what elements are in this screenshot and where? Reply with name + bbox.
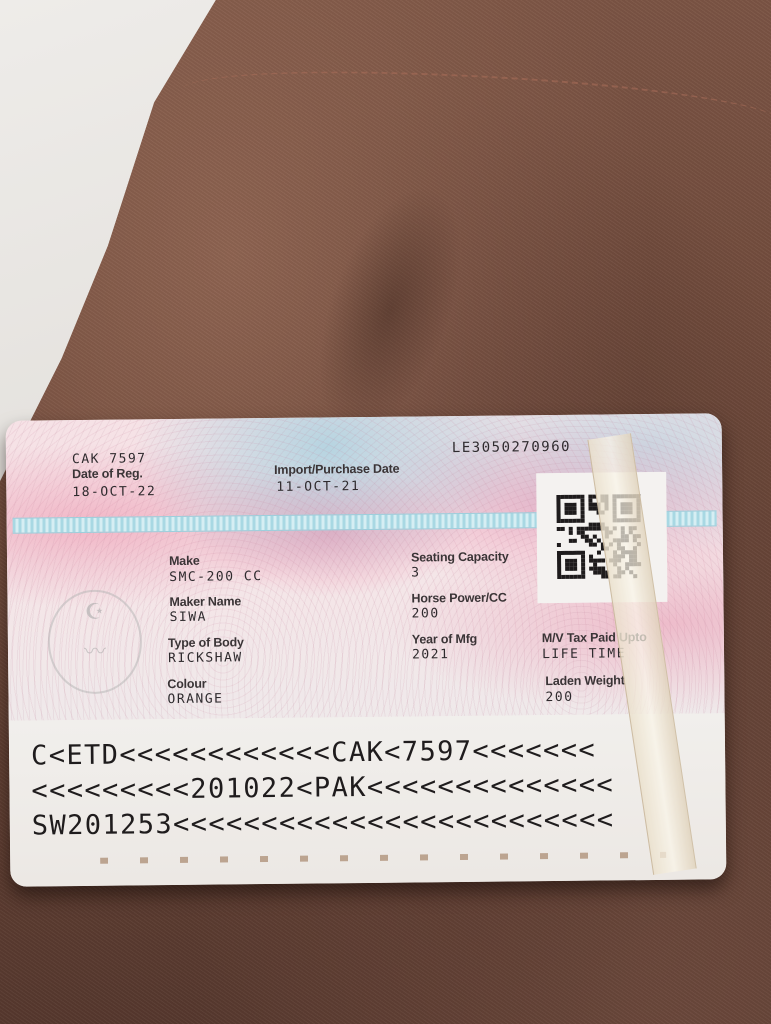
fabric-seam: [179, 54, 771, 158]
make-value: SMC-200 CC: [169, 569, 262, 585]
machine-readable-zone: C<ETD<<<<<<<<<<<<CAK<7597<<<<<<<<<<<<<<<…: [31, 732, 615, 843]
make-label: Make: [169, 554, 200, 568]
registration-number: CAK 7597: [72, 451, 147, 467]
import-date-value: 11-OCT-21: [276, 479, 360, 495]
punjab-seal-icon: ☪〰: [47, 589, 142, 694]
horse-power-label: Horse Power/CC: [411, 591, 506, 606]
laden-weight-label: Laden Weight: [545, 673, 624, 688]
vehicle-registration-card: ☪〰 CAK 7597 Date of Reg. 18-OCT-22 Impor…: [6, 413, 727, 886]
maker-name-value: SIWA: [170, 610, 207, 625]
year-of-mfg-label: Year of Mfg: [412, 632, 477, 647]
mrz-line-3: SW201253<<<<<<<<<<<<<<<<<<<<<<<<<: [32, 802, 615, 843]
fabric-fold: [289, 167, 491, 452]
colour-label: Colour: [167, 677, 206, 691]
type-of-body-label: Type of Body: [168, 635, 244, 650]
type-of-body-value: RICKSHAW: [168, 650, 243, 666]
seating-capacity-label: Seating Capacity: [411, 550, 509, 565]
import-date-label: Import/Purchase Date: [274, 462, 399, 477]
maker-name-label: Maker Name: [169, 594, 241, 609]
tax-paid-value: LIFE TIME: [542, 646, 626, 662]
seating-capacity-value: 3: [411, 565, 420, 580]
chassis-number: LE3050270960: [452, 439, 571, 456]
colour-value: ORANGE: [167, 691, 223, 707]
year-of-mfg-value: 2021: [412, 647, 449, 662]
date-of-reg-value: 18-OCT-22: [72, 484, 156, 500]
laden-weight-value: 200: [545, 690, 573, 705]
horse-power-value: 200: [412, 606, 440, 621]
date-of-reg-label: Date of Reg.: [72, 466, 143, 481]
